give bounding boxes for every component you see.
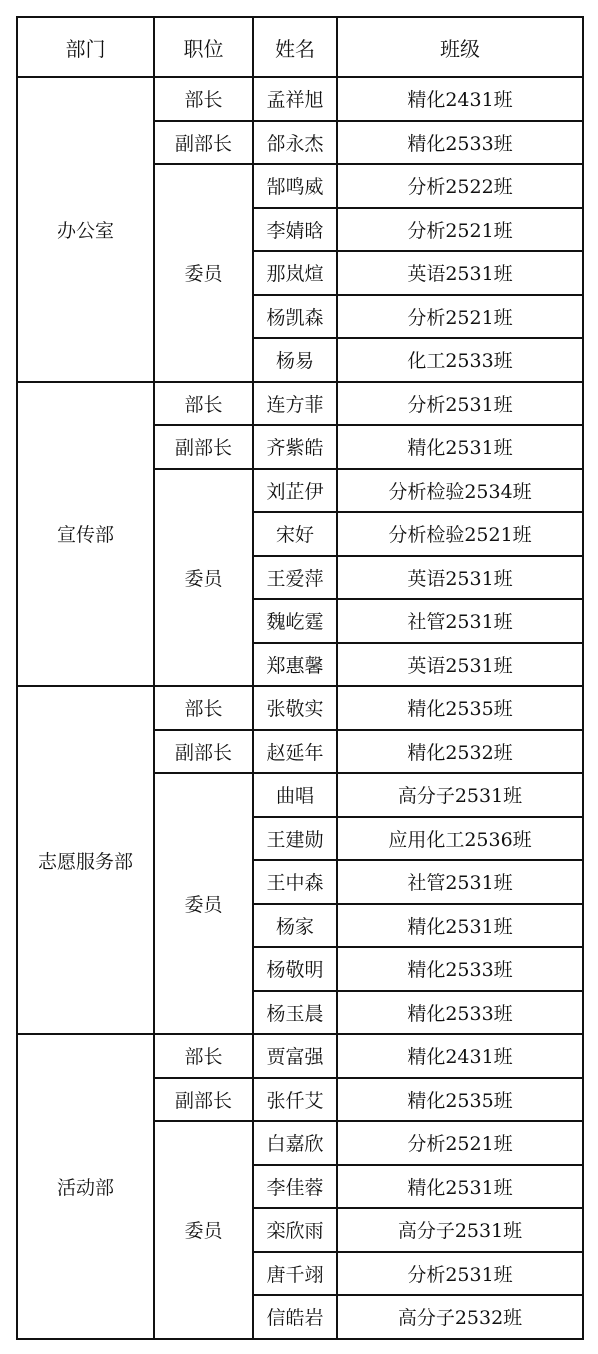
class-cell: 分析2531班: [337, 382, 583, 426]
class-cell: 精化2431班: [337, 1034, 583, 1078]
name-cell: 杨易: [253, 338, 337, 382]
name-cell: 张敬实: [253, 686, 337, 730]
name-cell: 连方菲: [253, 382, 337, 426]
name-cell: 郜鸣威: [253, 164, 337, 208]
class-cell: 分析2521班: [337, 295, 583, 339]
position-cell: 部长: [154, 686, 253, 730]
table-row: 活动部部长贾富强精化2431班: [17, 1034, 583, 1078]
name-cell: 杨玉晨: [253, 991, 337, 1035]
name-cell: 杨敬明: [253, 947, 337, 991]
name-cell: 李佳蓉: [253, 1165, 337, 1209]
name-cell: 王爱萍: [253, 556, 337, 600]
position-cell: 副部长: [154, 730, 253, 774]
name-cell: 贾富强: [253, 1034, 337, 1078]
class-cell: 分析检验2534班: [337, 469, 583, 513]
department-cell: 宣传部: [17, 382, 154, 687]
roster-body: 办公室部长孟祥旭精化2431班副部长郃永杰精化2533班委员郜鸣威分析2522班…: [17, 77, 583, 1339]
class-cell: 精化2531班: [337, 1165, 583, 1209]
position-cell: 副部长: [154, 121, 253, 165]
name-cell: 那岚煊: [253, 251, 337, 295]
class-cell: 英语2531班: [337, 643, 583, 687]
position-cell: 部长: [154, 382, 253, 426]
name-cell: 孟祥旭: [253, 77, 337, 121]
class-cell: 精化2531班: [337, 425, 583, 469]
class-cell: 英语2531班: [337, 556, 583, 600]
table-row: 宣传部部长连方菲分析2531班: [17, 382, 583, 426]
department-cell: 志愿服务部: [17, 686, 154, 1034]
class-cell: 精化2431班: [337, 77, 583, 121]
header-row: 部门 职位 姓名 班级: [17, 17, 583, 77]
class-cell: 高分子2531班: [337, 773, 583, 817]
name-cell: 郃永杰: [253, 121, 337, 165]
department-cell: 办公室: [17, 77, 154, 382]
class-cell: 精化2535班: [337, 686, 583, 730]
department-cell: 活动部: [17, 1034, 154, 1339]
name-cell: 王建勋: [253, 817, 337, 861]
header-position: 职位: [154, 17, 253, 77]
roster-table: 部门 职位 姓名 班级 办公室部长孟祥旭精化2431班副部长郃永杰精化2533班…: [16, 16, 584, 1340]
name-cell: 杨凯森: [253, 295, 337, 339]
class-cell: 分析2522班: [337, 164, 583, 208]
name-cell: 刘芷伊: [253, 469, 337, 513]
class-cell: 分析检验2521班: [337, 512, 583, 556]
name-cell: 张仟艾: [253, 1078, 337, 1122]
position-cell: 副部长: [154, 425, 253, 469]
class-cell: 社管2531班: [337, 599, 583, 643]
position-cell: 副部长: [154, 1078, 253, 1122]
class-cell: 精化2532班: [337, 730, 583, 774]
class-cell: 分析2521班: [337, 1121, 583, 1165]
name-cell: 杨家: [253, 904, 337, 948]
name-cell: 唐千翊: [253, 1252, 337, 1296]
table-row: 办公室部长孟祥旭精化2431班: [17, 77, 583, 121]
name-cell: 王中森: [253, 860, 337, 904]
position-cell: 委员: [154, 469, 253, 687]
position-cell: 委员: [154, 1121, 253, 1339]
name-cell: 信皓岩: [253, 1295, 337, 1339]
class-cell: 精化2533班: [337, 121, 583, 165]
class-cell: 精化2535班: [337, 1078, 583, 1122]
table-row: 志愿服务部部长张敬实精化2535班: [17, 686, 583, 730]
position-cell: 委员: [154, 164, 253, 382]
header-class: 班级: [337, 17, 583, 77]
class-cell: 分析2521班: [337, 208, 583, 252]
header-department: 部门: [17, 17, 154, 77]
header-name: 姓名: [253, 17, 337, 77]
class-cell: 化工2533班: [337, 338, 583, 382]
class-cell: 精化2531班: [337, 904, 583, 948]
name-cell: 郑惠馨: [253, 643, 337, 687]
name-cell: 赵延年: [253, 730, 337, 774]
position-cell: 部长: [154, 77, 253, 121]
position-cell: 部长: [154, 1034, 253, 1078]
name-cell: 曲唱: [253, 773, 337, 817]
name-cell: 白嘉欣: [253, 1121, 337, 1165]
class-cell: 英语2531班: [337, 251, 583, 295]
class-cell: 分析2531班: [337, 1252, 583, 1296]
name-cell: 魏屹霆: [253, 599, 337, 643]
class-cell: 社管2531班: [337, 860, 583, 904]
name-cell: 栾欣雨: [253, 1208, 337, 1252]
name-cell: 宋好: [253, 512, 337, 556]
position-cell: 委员: [154, 773, 253, 1034]
class-cell: 精化2533班: [337, 947, 583, 991]
class-cell: 精化2533班: [337, 991, 583, 1035]
class-cell: 应用化工2536班: [337, 817, 583, 861]
name-cell: 齐紫皓: [253, 425, 337, 469]
name-cell: 李婧晗: [253, 208, 337, 252]
class-cell: 高分子2531班: [337, 1208, 583, 1252]
class-cell: 高分子2532班: [337, 1295, 583, 1339]
